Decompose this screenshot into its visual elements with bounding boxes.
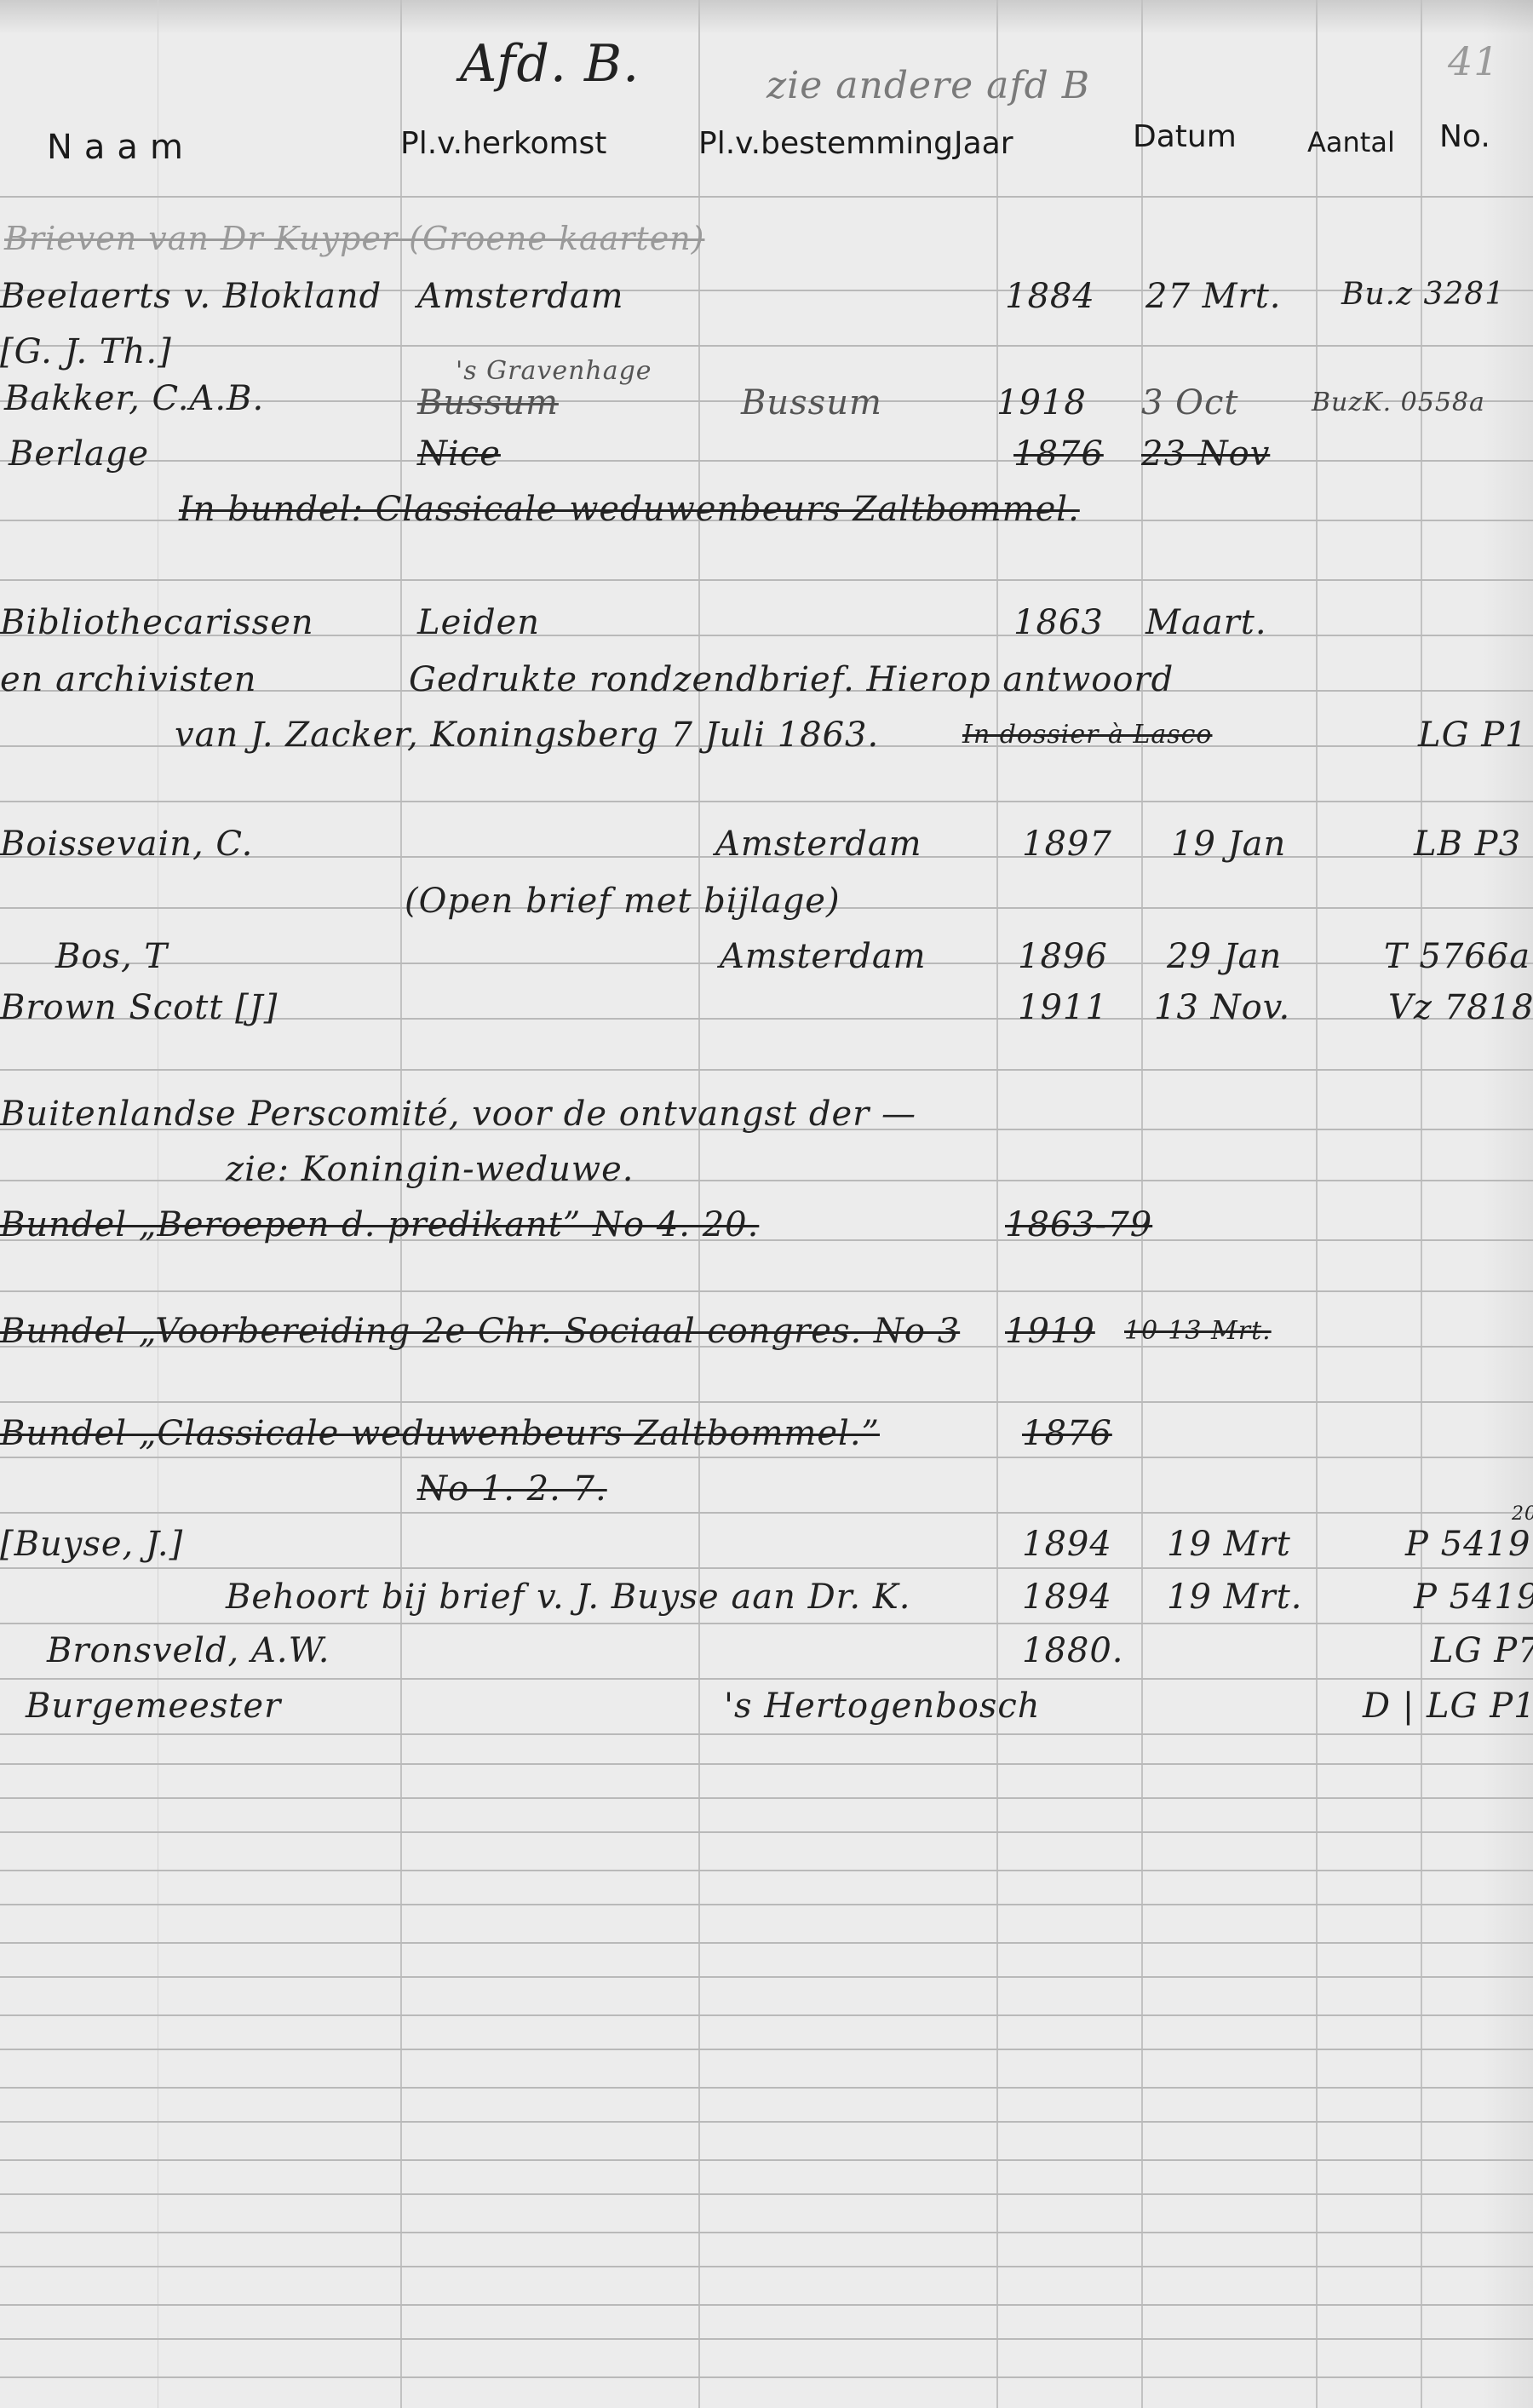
entry-naam: Bronsveld, A.W. bbox=[47, 1631, 330, 1670]
entry-jaar: 1897 bbox=[1022, 825, 1112, 864]
entry-no: LG P1 bbox=[1418, 716, 1528, 755]
entry-naam: Bundel „Classicale weduwenbeurs Zaltbomm… bbox=[0, 1414, 880, 1453]
entry-bestemming: Bussum bbox=[741, 383, 882, 422]
entry-note: No 1. 2. 7. bbox=[417, 1469, 607, 1509]
row-rule bbox=[0, 2159, 1533, 2161]
pencil-note: zie andere afd B bbox=[766, 64, 1090, 107]
entry-note: zie: Koningin-weduwe. bbox=[226, 1150, 634, 1189]
row-rule bbox=[0, 1567, 1533, 1569]
entry-herkomst-struck: Bussum bbox=[417, 383, 559, 422]
entry-note: (Open brief met bijlage) bbox=[405, 882, 841, 921]
row-rule bbox=[0, 2193, 1533, 2195]
entry-no: Vz 7818 bbox=[1388, 988, 1533, 1027]
entry-naam: Boissevain, C. bbox=[0, 825, 253, 864]
header-naam: Naam bbox=[47, 128, 195, 167]
row-rule bbox=[0, 2232, 1533, 2233]
entry-datum: 19 Jan bbox=[1171, 825, 1286, 864]
entry-datum: Maart. bbox=[1145, 603, 1267, 642]
row-rule bbox=[0, 345, 1533, 347]
entry-jaar: 1911 bbox=[1018, 988, 1108, 1027]
row-rule bbox=[0, 460, 1533, 462]
entry-herkomst: Leiden bbox=[417, 603, 540, 642]
entry-naam: Bibliothecarissen bbox=[0, 603, 314, 642]
entry-note: van J. Zacker, Koningsberg 7 Juli 1863. bbox=[175, 716, 879, 755]
row-rule bbox=[0, 1797, 1533, 1799]
entry-jaar: 1863-79 bbox=[1005, 1205, 1152, 1244]
row-rule bbox=[0, 1763, 1533, 1765]
entry-datum: 10-13 Mrt. bbox=[1124, 1316, 1272, 1346]
row-rule bbox=[0, 2049, 1533, 2050]
row-rule bbox=[0, 2266, 1533, 2267]
row-rule bbox=[0, 2087, 1533, 2089]
column-rule bbox=[698, 0, 700, 2408]
row-rule bbox=[0, 2376, 1533, 2378]
row-rule bbox=[0, 801, 1533, 802]
entry-naam: Bakker, C.A.B. bbox=[4, 379, 264, 418]
column-rule bbox=[1421, 0, 1422, 2408]
header-aantal: Aantal bbox=[1307, 126, 1395, 158]
entry-naam: Beelaerts v. Blokland bbox=[0, 277, 382, 316]
entry-no: P 5419 bbox=[1405, 1525, 1530, 1564]
row-rule bbox=[0, 1069, 1533, 1071]
entry-datum: 27 Mrt. bbox=[1145, 277, 1281, 316]
row-rule bbox=[0, 1678, 1533, 1680]
entry-bestemming: 's Hertogenbosch bbox=[724, 1687, 1041, 1726]
entry-datum: 3 Oct bbox=[1141, 383, 1238, 422]
entry-bestemming: Amsterdam bbox=[720, 937, 927, 976]
entry-note: Gedrukte rondzendbrief. Hierop antwoord bbox=[409, 660, 1174, 699]
entry-no: LB P3 bbox=[1414, 825, 1521, 864]
entry-naam: [G. J. Th.] bbox=[0, 332, 172, 371]
row-rule bbox=[0, 2121, 1533, 2123]
entry-jaar: 1876 bbox=[1022, 1414, 1112, 1453]
entry-no: BuzK. 0558a bbox=[1312, 388, 1485, 417]
row-rule bbox=[0, 1942, 1533, 1944]
section-title: Afd. B. bbox=[460, 34, 640, 94]
row-rule bbox=[0, 2338, 1533, 2340]
row-rule bbox=[0, 1976, 1533, 1978]
row-rule bbox=[0, 1457, 1533, 1458]
entry-no-sup: 20 bbox=[1512, 1503, 1533, 1525]
entry-note-struck: In dossier à Lasco bbox=[962, 720, 1212, 750]
entry-jaar: 1884 bbox=[1005, 277, 1095, 316]
row-rule bbox=[0, 1290, 1533, 1292]
entry-herkomst: 's Gravenhage bbox=[456, 356, 652, 386]
entry-note: In bundel: Classicale weduwenbeurs Zaltb… bbox=[179, 490, 1080, 529]
entry-naam: Buitenlandse Perscomité, voor de ontvang… bbox=[0, 1095, 916, 1134]
entry-datum: 23 Nov bbox=[1141, 434, 1270, 474]
entry-no: D | LG P13 bbox=[1363, 1687, 1533, 1726]
entry-no: T 5766a bbox=[1384, 937, 1530, 976]
ledger-page: Afd. B. zie andere afd B 41 Naam Pl.v.he… bbox=[0, 0, 1533, 2408]
column-rule bbox=[400, 0, 402, 2408]
entry-herkomst: Amsterdam bbox=[417, 277, 624, 316]
header-no: No. bbox=[1439, 119, 1490, 154]
entry-note: Behoort bij brief v. J. Buyse aan Dr. K. bbox=[226, 1578, 910, 1617]
row-rule bbox=[0, 1733, 1533, 1735]
row-rule bbox=[0, 1401, 1533, 1403]
row-rule bbox=[0, 2014, 1533, 2016]
entry-naam: Brieven van Dr Kuyper (Groene kaarten) bbox=[4, 220, 705, 257]
entry-datum: 19 Mrt bbox=[1167, 1525, 1291, 1564]
entry-naam: [Buyse, J.] bbox=[0, 1525, 183, 1564]
entry-no: P 5419 bbox=[1414, 1578, 1533, 1617]
entry-jaar: 1894 bbox=[1022, 1578, 1112, 1617]
column-rule bbox=[1141, 0, 1143, 2408]
entry-jaar: 1876 bbox=[1013, 434, 1104, 474]
entry-datum: 29 Jan bbox=[1167, 937, 1282, 976]
row-rule bbox=[0, 1831, 1533, 1833]
header-jaar: Jaar bbox=[954, 126, 1013, 161]
header-bestemming: Pl.v.bestemming bbox=[698, 126, 953, 161]
row-rule bbox=[0, 1904, 1533, 1905]
entry-jaar: 1896 bbox=[1018, 937, 1108, 976]
entry-jaar: 1863 bbox=[1013, 603, 1104, 642]
entry-jaar: 1880. bbox=[1022, 1631, 1124, 1670]
header-herkomst: Pl.v.herkomst bbox=[400, 126, 606, 161]
entry-naam: en archivisten bbox=[0, 660, 257, 699]
entry-naam: Bundel „Beroepen d. predikant” No 4. 20. bbox=[0, 1205, 759, 1244]
entry-jaar: 1894 bbox=[1022, 1525, 1112, 1564]
row-rule bbox=[0, 1512, 1533, 1514]
row-rule bbox=[0, 579, 1533, 581]
column-rule bbox=[1316, 0, 1318, 2408]
page-number: 41 bbox=[1448, 38, 1500, 84]
row-rule bbox=[0, 196, 1533, 198]
entry-datum: 13 Nov. bbox=[1154, 988, 1290, 1027]
entry-naam: Bos, T bbox=[55, 937, 168, 976]
row-rule bbox=[0, 1870, 1533, 1871]
entry-no: LG P7 bbox=[1431, 1631, 1533, 1670]
entry-jaar: 1919 bbox=[1005, 1312, 1095, 1351]
column-rule bbox=[996, 0, 998, 2408]
row-rule bbox=[0, 1623, 1533, 1624]
entry-jaar: 1918 bbox=[996, 383, 1087, 422]
entry-naam: Berlage bbox=[9, 434, 149, 474]
entry-herkomst: Nice bbox=[417, 434, 501, 474]
entry-no: Bu.z 3281 bbox=[1341, 277, 1505, 312]
entry-naam: Burgemeester bbox=[26, 1687, 281, 1726]
entry-naam: Brown Scott [J] bbox=[0, 988, 278, 1027]
entry-bestemming: Amsterdam bbox=[715, 825, 922, 864]
row-rule bbox=[0, 2304, 1533, 2306]
entry-datum: 19 Mrt. bbox=[1167, 1578, 1302, 1617]
entry-naam: Bundel „Voorbereiding 2e Chr. Sociaal co… bbox=[0, 1312, 960, 1351]
header-datum: Datum bbox=[1133, 119, 1237, 154]
